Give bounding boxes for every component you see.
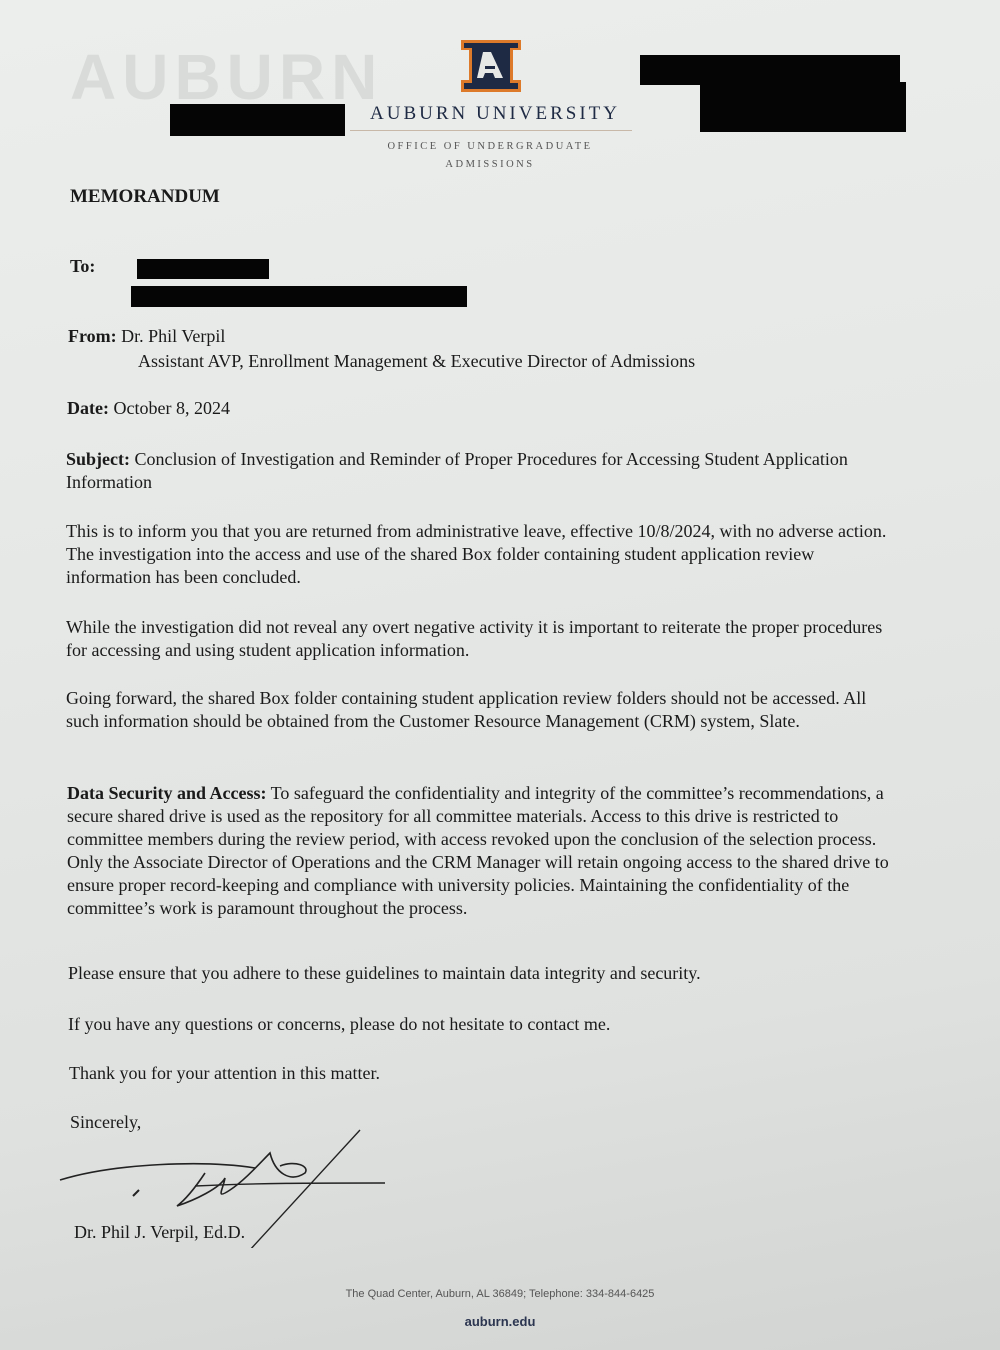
paragraph-2: While the investigation did not reveal a… xyxy=(66,616,896,662)
data-security-label: Data Security and Access: xyxy=(67,783,266,803)
subject-line: Subject: Conclusion of Investigation and… xyxy=(66,448,856,494)
from-label: From: xyxy=(68,326,117,346)
subject-label: Subject: xyxy=(66,449,130,469)
redaction-to-title xyxy=(131,286,467,307)
memo-title: MEMORANDUM xyxy=(70,186,220,208)
office-line-2: ADMISSIONS xyxy=(355,156,625,174)
letterhead-watermark: AUBURN xyxy=(70,40,383,114)
paragraph-6: If you have any questions or concerns, p… xyxy=(68,1013,898,1036)
redaction-block xyxy=(700,114,906,132)
date-label: Date: xyxy=(67,398,109,418)
university-name: AUBURN UNIVERSITY xyxy=(355,103,635,125)
data-security-text: To safeguard the confidentiality and int… xyxy=(67,783,889,918)
office-line-1: OFFICE OF UNDERGRADUATE xyxy=(355,138,625,156)
redaction-to-name xyxy=(137,259,269,279)
paragraph-5: Please ensure that you adhere to these g… xyxy=(68,962,898,985)
from-title: Assistant AVP, Enrollment Management & E… xyxy=(138,351,695,372)
from-line: From: Dr. Phil Verpil xyxy=(68,326,225,347)
signer-name: Dr. Phil J. Verpil, Ed.D. xyxy=(74,1222,245,1243)
subject-value: Conclusion of Investigation and Reminder… xyxy=(66,449,848,492)
au-logo-icon xyxy=(455,38,527,94)
redaction-block xyxy=(640,55,900,85)
footer-address: The Quad Center, Auburn, AL 36849; Telep… xyxy=(0,1288,1000,1300)
date-value: October 8, 2024 xyxy=(113,398,229,418)
paragraph-1: This is to inform you that you are retur… xyxy=(66,520,896,589)
paragraph-7: Thank you for your attention in this mat… xyxy=(69,1062,899,1085)
redaction-block xyxy=(700,82,906,114)
to-label: To: xyxy=(70,256,95,276)
to-line: To: xyxy=(70,256,95,277)
footer-url[interactable]: auburn.edu xyxy=(0,1314,1000,1329)
paragraph-data-security: Data Security and Access: To safeguard t… xyxy=(67,782,897,920)
office-name: OFFICE OF UNDERGRADUATE ADMISSIONS xyxy=(355,138,625,174)
letterhead-divider xyxy=(350,130,632,131)
paragraph-3: Going forward, the shared Box folder con… xyxy=(66,687,896,733)
from-name: Dr. Phil Verpil xyxy=(121,326,225,346)
redaction-block xyxy=(170,104,345,136)
date-line: Date: October 8, 2024 xyxy=(67,398,230,419)
